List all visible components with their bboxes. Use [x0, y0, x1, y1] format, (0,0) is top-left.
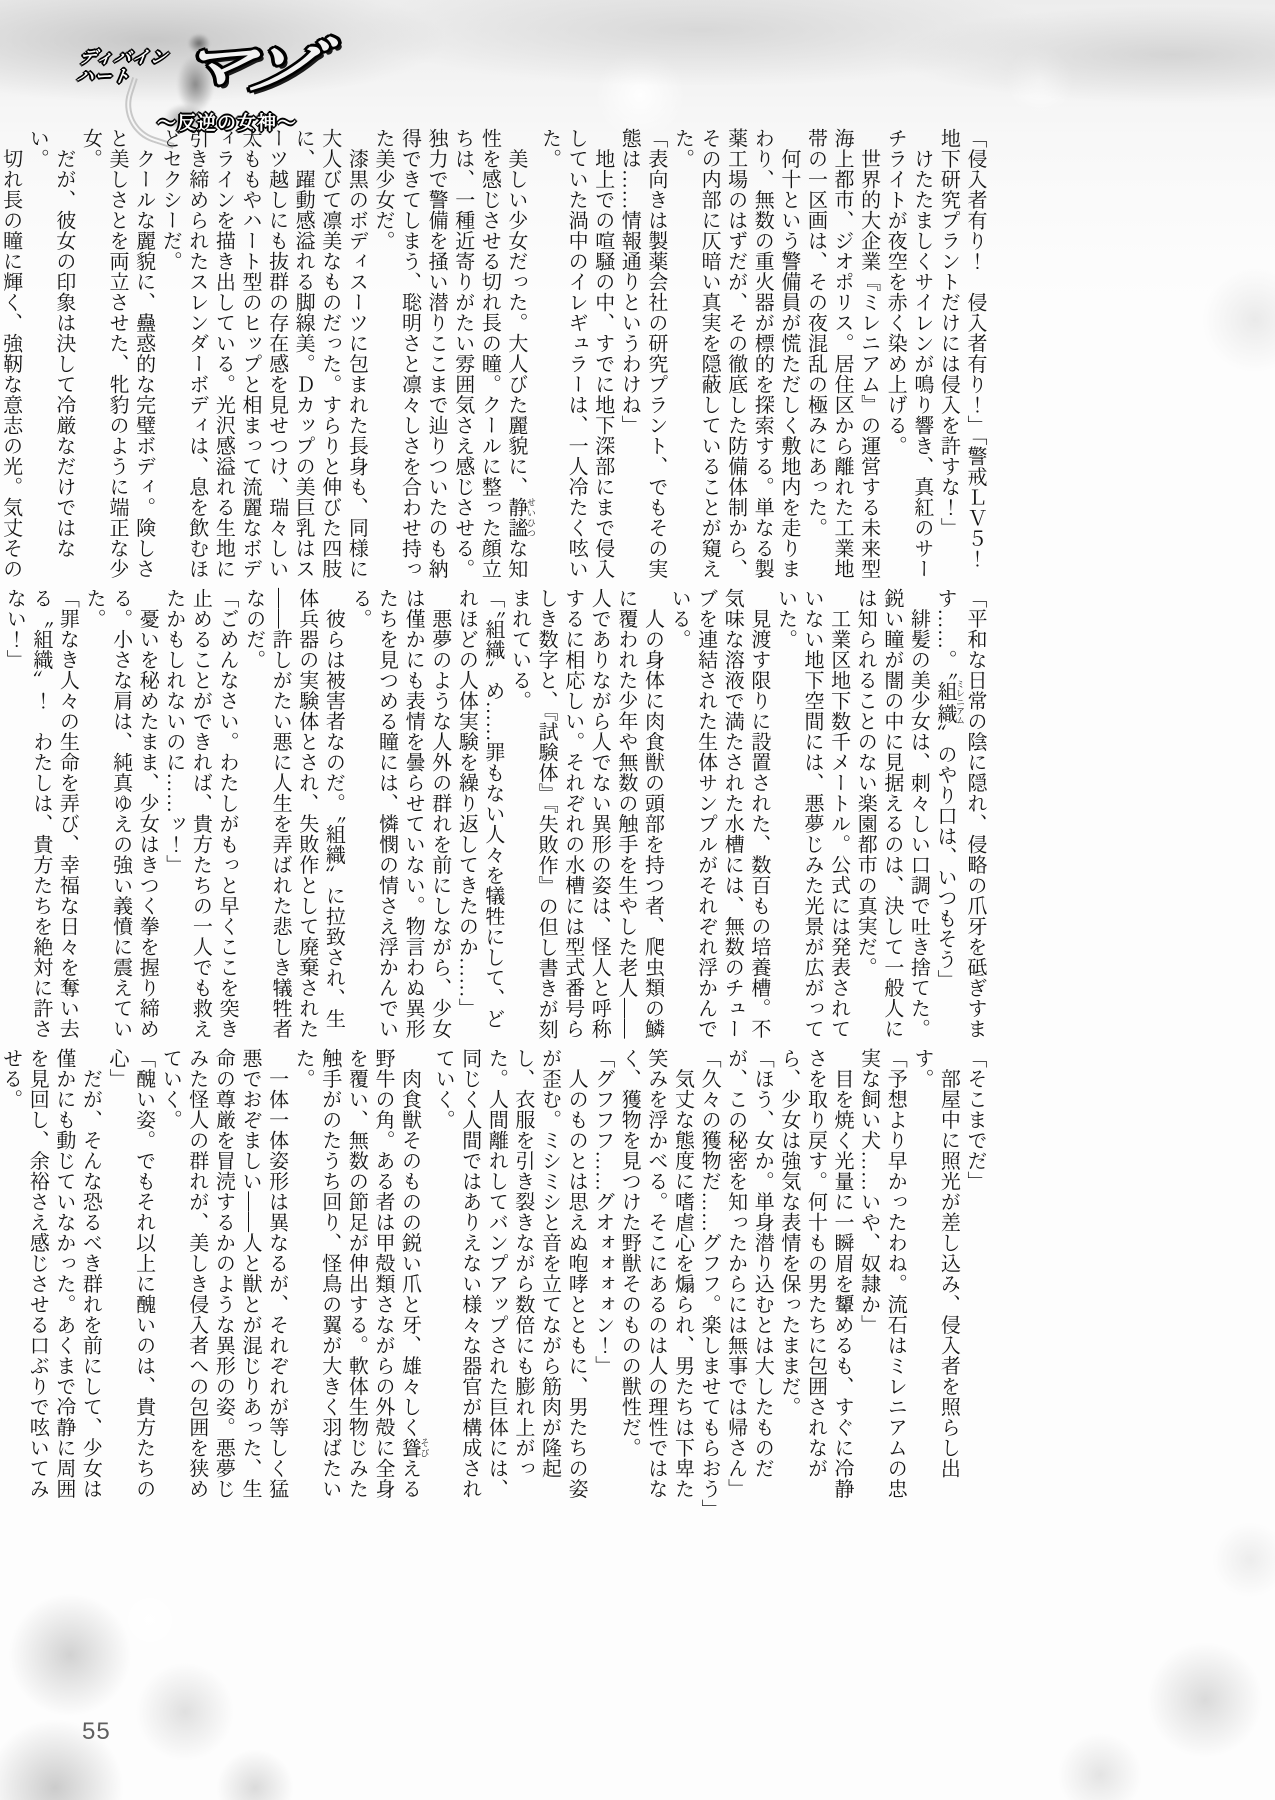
logo-main-title: マゾ	[171, 38, 323, 96]
paragraph: 「久々の獲物だ……グフフ。楽しませてもらおう」	[695, 1048, 722, 1516]
paragraph: 「予想より早かったわね。流石はミレニアムの忠実な飼い犬……いや、奴隷か」	[855, 1048, 908, 1516]
title-logo: ディバイン ハート マゾ ～反逆の女神～	[62, 30, 322, 125]
paragraph: 鋭い瞳に力を込め、少女はすっと右手を差し出した。グラブに包まれた細指には、巨大な…	[0, 588, 1, 1040]
paragraph: 切れ長の瞳に輝く、強靭な意志の光。気丈そのものの表情は、決して折れない信念あって…	[0, 128, 24, 580]
paragraph: 憂いを秘めたまま、少女はきつく拳を握り締める。小さな肩は、純真ゆえの強い義憤に震…	[80, 588, 160, 1040]
logo-series-name: ディバイン ハート	[75, 48, 169, 86]
paragraph: 悪夢のような人外の群れを前にしながら、少女は僅かにも表情を曇らせていない。物言わ…	[346, 588, 452, 1040]
paragraph: 工業区地下数千メートル。公式には発表されていない地下空間には、悪夢じみた光景が広…	[772, 588, 852, 1040]
paragraph: 地上での喧騒の中、すでに地下深部にまで侵入していた渦中のイレギュラーは、一人冷た…	[536, 128, 616, 580]
paragraph: 「〝組織〟め……罪もない人々を犠牲にして、どれほどの人体実験を繰り返してきたのか…	[453, 588, 506, 1040]
paragraph: 部屋中に照光が差し込み、侵入者を照らし出す。	[908, 1048, 961, 1516]
paragraph: 「グフフフ……グオォォォォン！」	[589, 1048, 616, 1516]
paragraph: 「平和な日常の陰に隠れ、侵略の爪牙を砥ぎすます……。〝組織ミレニアム〟のやり口は…	[931, 588, 988, 1040]
paragraph: 緋髪の美少女は、刺々しい口調で吐き捨てた。鋭い瞳が闇の中に見据えるのは、決して一…	[852, 588, 932, 1040]
paragraph: 「そこまでだ」	[961, 1048, 988, 1516]
paragraph: 肉食獣そのものの鋭い爪と牙、雄々しく聳そびえる野牛の角。ある者は甲殻類さながらの…	[290, 1048, 430, 1516]
paragraph: 「罪なき人々の生命を弄び、幸福な日々を奪い去る〝組織〟！ わたしは、貴方たちを絶…	[1, 588, 81, 1040]
page-number: 55	[82, 1718, 111, 1746]
novel-page: { "page": { "number": "55" }, "logo": { …	[0, 0, 1275, 1800]
paragraph: だが、彼女の印象は決して冷厳なだけではない。	[24, 128, 77, 580]
text-section-2: 「平和な日常の陰に隠れ、侵略の爪牙を砥ぎすます……。〝組織ミレニアム〟のやり口は…	[80, 588, 988, 1040]
paragraph: 世界的大企業『ミレニアム』の運営する未来型海上都市、ジオポリス。居住区から離れた…	[802, 128, 882, 580]
paragraph: けたたましくサイレンが鳴り響き、真紅のサーチライトが夜空を赤く染め上げる。	[882, 128, 935, 580]
paragraph: 「侵入者有り！ 侵入者有り！」「警戒ＬＶ５！地下研究プラントだけには侵入を許すな…	[935, 128, 988, 580]
paragraph: 人の身体に肉食獣の頭部を持つ者、爬虫類の鱗に覆われた少年や無数の触手を生やした老…	[506, 588, 666, 1040]
paragraph: 「ごめんなさい。わたしがもっと早くここを突き止めることができれば、貴方たちの一人…	[160, 588, 240, 1040]
paragraph: 「表向きは製薬会社の研究プラント、でもその実態は……情報通りというわけね」	[616, 128, 669, 580]
paragraph: 美しい少女だった。大人びた麗貌に、静謐せいひつな知性を感じさせる切れ長の瞳。クー…	[369, 128, 536, 580]
paragraph: だが、そんな恐るべき群れを前にして、少女は僅かにも動じていなかった。あくまで冷静…	[0, 1048, 103, 1516]
paragraph: 人のものとは思えぬ咆哮とともに、男たちの姿が歪む。ミシミシと音を立てながら筋肉が…	[430, 1048, 590, 1516]
text-section-3: 「そこまでだ」 部屋中に照光が差し込み、侵入者を照らし出す。「予想より早かったわ…	[80, 1048, 988, 1516]
paragraph: 「ほう、女か。単身潜り込むとは大したものだが、この秘密を知ったからには無事では帰…	[722, 1048, 775, 1516]
paragraph: 一体一体姿形は異なるが、それぞれが等しく猛悪でおぞましい――人と獣とが混じりあっ…	[157, 1048, 290, 1516]
paragraph: 漆黒のボディスーツに包まれた長身も、同様に大人びて凛美なものだった。すらりと伸び…	[157, 128, 370, 580]
paragraph: 見渡す限りに設置された、数百もの培養槽。不気味な溶液で満たされた水槽には、無数の…	[665, 588, 771, 1040]
paragraph: 目を焼く光量に一瞬眉を顰めるも、すぐに冷静さを取り戻す。何十もの男たちに包囲され…	[775, 1048, 855, 1516]
paragraph: クールな麗貌に、蠱惑的な完璧ボディ。険しさと美しさとを両立させた、牝豹のように端…	[77, 128, 157, 580]
paragraph: 彼らは被害者なのだ。〝組織〟に拉致され、生体兵器の実験体とされ、失敗作として廃棄…	[240, 588, 346, 1040]
paragraph: 気丈な態度に嗜虐心を煽られ、男たちは下卑た笑みを浮かべる。そこにあるのは人の理性…	[616, 1048, 696, 1516]
paragraph: 「醜い姿。でもそれ以上に醜いのは、貴方たちの心」	[103, 1048, 156, 1516]
text-section-1: 「侵入者有り！ 侵入者有り！」「警戒ＬＶ５！地下研究プラントだけには侵入を許すな…	[80, 128, 988, 580]
paragraph: 何十という警備員が慌ただしく敷地内を走りまわり、無数の重火器が標的を探索する。単…	[669, 128, 802, 580]
